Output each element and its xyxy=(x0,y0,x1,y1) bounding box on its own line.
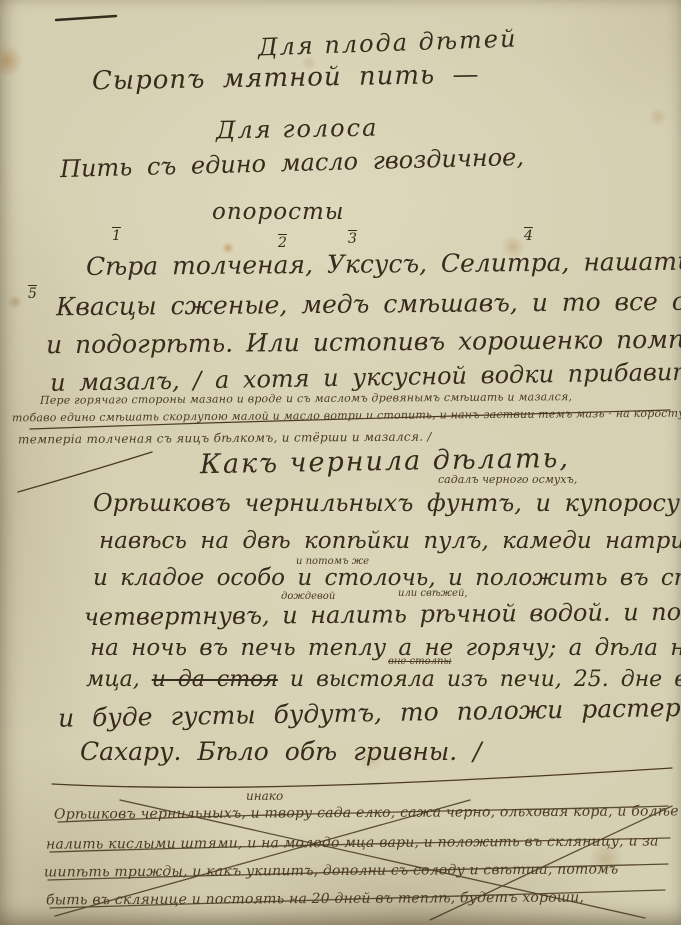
paper-stain xyxy=(0,44,22,78)
marginalia-line: Пере горячаго стороны мазано и вроде и с… xyxy=(40,391,572,407)
heading-alt-recipe: инако xyxy=(246,790,283,803)
ink-recipe-line-1: Орѣшковъ чернильныхъ фунтъ, и купоросу с… xyxy=(93,490,681,516)
ink-recipe-line-8: Сахару. Бѣло обѣ гривны. / xyxy=(80,738,482,766)
alt-recipe-line: быть въ склянице и постоять на 20 дней в… xyxy=(46,891,584,909)
ink-recipe-line-5: на ночь въ печь теплу а не горячу; а дѣл… xyxy=(90,636,681,661)
interlinear-note-struck: вне столпы xyxy=(388,656,452,667)
line-ingredients-3: и подогрѣть. Или истопивъ хорошенко помѣ… xyxy=(46,325,681,359)
interlinear-note: садалъ черного осмухъ, xyxy=(438,474,577,486)
ink-recipe-line-6: мца, и да стоя и выстояла изъ печи, 25. … xyxy=(86,668,681,692)
manuscript-page: Для плода дѣтей Сыропъ мятной пить — Для… xyxy=(0,0,681,925)
section-divider-stroke xyxy=(52,768,672,787)
ingredient-number-3: 3 xyxy=(348,231,357,247)
line-segment: мца, xyxy=(86,667,152,692)
line-ingredients-2: Квасцы сженые, медъ смѣшавъ, и то все см… xyxy=(56,287,681,321)
heading-for-fruit: Для плода дѣтей xyxy=(258,25,518,60)
ink-recipe-line-7: и буде густы будутъ, то положи растерши xyxy=(58,693,681,732)
ingredient-number-4: 4 xyxy=(524,228,533,244)
heading-flourish-stroke xyxy=(18,452,152,492)
line-ingredients-1: Сѣра толченая, Уксусъ, Селитра, нашатырь… xyxy=(86,247,681,280)
struck-text: и да стоя xyxy=(152,667,278,692)
alt-recipe-line: Орѣшковъ чернильныхъ, и твору сада елко,… xyxy=(54,804,679,823)
heading-for-voice: Для голоса xyxy=(216,115,379,144)
line-ingredients-4: и мазалъ, / а хотя и уксусной водки приб… xyxy=(50,358,681,396)
alt-recipe-line: шипѣть трижды, и какъ укипитъ, дополни с… xyxy=(44,862,618,880)
top-left-dash-stroke xyxy=(56,16,116,20)
ingredient-number-1: 1 xyxy=(112,228,121,244)
ingredient-number-5: 5 xyxy=(28,286,37,302)
interlinear-note: или свѣжей, xyxy=(398,588,468,599)
ink-recipe-line-4: четвертнувъ, и налить рѣчной водой. и по… xyxy=(84,598,681,631)
marginalia-line: темперia толченая съ яицъ бѣлкомъ, и стё… xyxy=(18,431,432,447)
ink-recipe-line-2: навѣсь на двѣ копѣйки пулъ, камеди натри… xyxy=(99,529,681,554)
paper-stain xyxy=(648,108,668,126)
line-mint-syrup: Сыропъ мятной пить — xyxy=(92,61,480,96)
line-clove-oil: Пить съ едино масло гвоздичное, xyxy=(60,144,525,183)
alt-recipe-line: налить кислыми штями, и на молодо мца ва… xyxy=(46,834,659,853)
line-segment: и выстояла изъ печи, 25. дне въ теплѣ, xyxy=(278,667,681,692)
marginalia-line: тобаво едино смѣшать скорлупою малой и м… xyxy=(12,408,681,425)
ingredient-number-2: 2 xyxy=(278,235,287,251)
heading-on-warts: опоросты xyxy=(212,200,345,225)
ink-recipe-line-3: и кладое особо и столочь, и положить въ … xyxy=(93,566,681,591)
paper-stain xyxy=(8,294,22,310)
